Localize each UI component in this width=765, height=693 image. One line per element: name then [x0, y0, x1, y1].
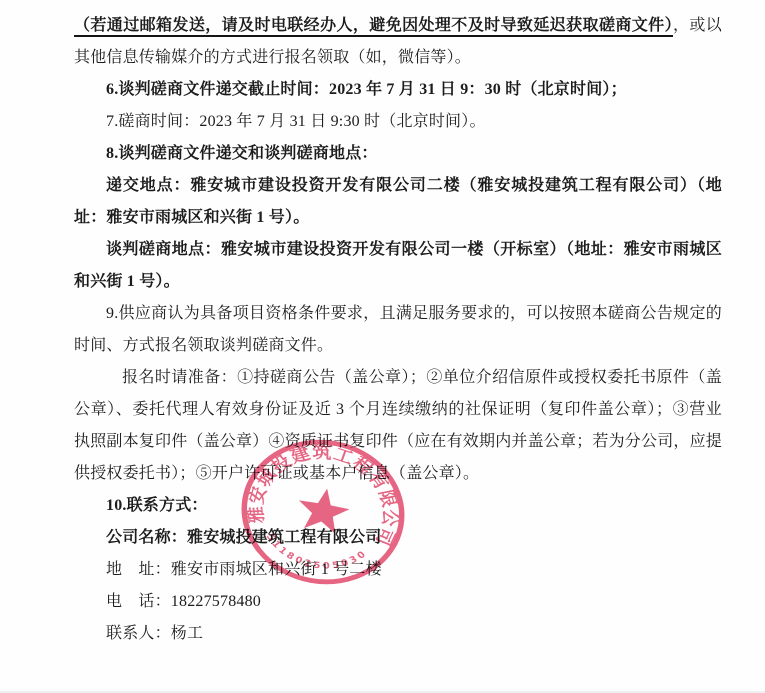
text-segment: 谈判磋商地点：雅安城市建设投资开发有限公司一楼（开标室）（地址：雅安市雨城区和兴…	[74, 241, 722, 290]
paragraph: 电 话：18227578480	[74, 586, 722, 618]
text-segment: 6.谈判磋商文件递交截止时间：2023 年 7 月 31 日 9：30 时（北京…	[106, 81, 627, 98]
underlined-notice-text: （若通过邮箱发送，请及时电联经办人，避免因处理不及时导致延迟获取磋商文件）	[74, 17, 673, 37]
paragraph: 地 址：雅安市雨城区和兴街 1 号二楼	[74, 554, 722, 586]
text-segment: 10.联系方式：	[106, 497, 208, 514]
paragraph: 谈判磋商地点：雅安城市建设投资开发有限公司一楼（开标室）（地址：雅安市雨城区和兴…	[74, 234, 722, 298]
paragraph: （若通过邮箱发送，请及时电联经办人，避免因处理不及时导致延迟获取磋商文件），或以…	[74, 10, 722, 74]
paragraph: 公司名称：雅安城投建筑工程有限公司	[74, 522, 722, 554]
paragraph: 7.磋商时间：2023 年 7 月 31 日 9:30 时（北京时间）。	[74, 106, 722, 138]
text-segment: 公司名称：雅安城投建筑工程有限公司	[106, 529, 381, 546]
text-segment: 地 址：雅安市雨城区和兴街 1 号二楼	[106, 561, 382, 578]
paragraph: 报名时请准备：①持磋商公告（盖公章）；②单位介绍信原件或授权委托书原件（盖公章）…	[74, 362, 722, 490]
paragraph: 递交地点：雅安城市建设投资开发有限公司二楼（雅安城投建筑工程有限公司）（地址：雅…	[74, 170, 722, 234]
document-body: （若通过邮箱发送，请及时电联经办人，避免因处理不及时导致延迟获取磋商文件），或以…	[74, 10, 722, 650]
text-segment: 7.磋商时间：2023 年 7 月 31 日 9:30 时（北京时间）。	[106, 113, 486, 130]
paragraph: 8.谈判磋商文件递交和谈判磋商地点：	[74, 138, 722, 170]
text-segment: 联系人：杨工	[106, 625, 203, 642]
paragraph: 10.联系方式：	[74, 490, 722, 522]
text-segment: 电 话：18227578480	[106, 593, 261, 610]
paragraph: 联系人：杨工	[74, 618, 722, 650]
text-segment: 9.供应商认为具备项目资格条件要求，且满足服务要求的，可以按照本磋商公告规定的时…	[74, 305, 722, 354]
paragraph: 9.供应商认为具备项目资格条件要求，且满足服务要求的，可以按照本磋商公告规定的时…	[74, 298, 722, 362]
text-segment: 报名时请准备：①持磋商公告（盖公章）；②单位介绍信原件或授权委托书原件（盖公章）…	[74, 369, 722, 482]
text-segment: 8.谈判磋商文件递交和谈判磋商地点：	[106, 145, 378, 162]
paragraph: 6.谈判磋商文件递交截止时间：2023 年 7 月 31 日 9：30 时（北京…	[74, 74, 722, 106]
text-segment: 递交地点：雅安城市建设投资开发有限公司二楼（雅安城投建筑工程有限公司）（地址：雅…	[74, 177, 722, 226]
